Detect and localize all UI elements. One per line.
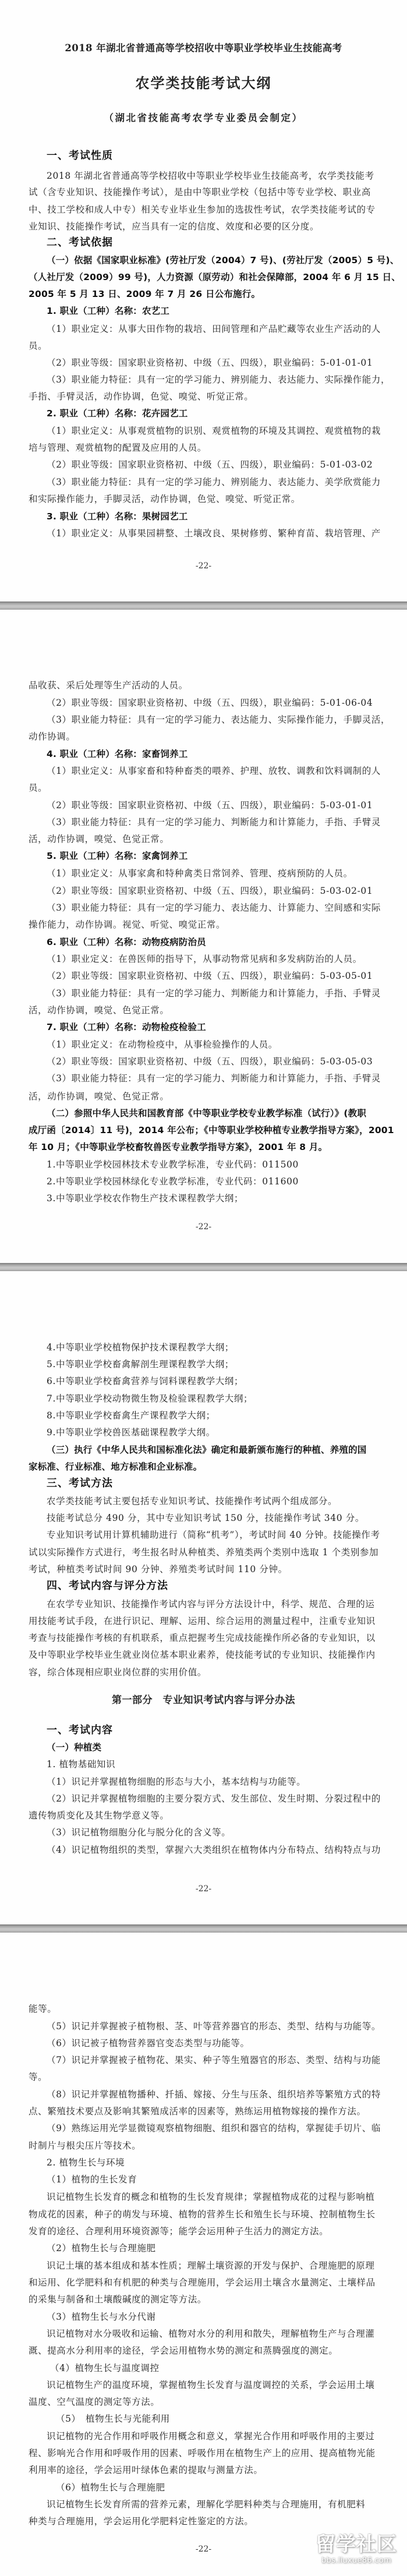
text-line: 6.中等职业学校畜禽营养与饲料课程教学大纲； (47, 1375, 243, 1387)
text-line: 动作协调。 (29, 731, 76, 742)
text-line: （7）识记并掌握被子植物花、果实、种子等生殖器官的形态、类型、结构与功能 (47, 2054, 381, 2066)
text-line: （3）职业能力特征：具有一定的学习能力、辨别能力、表达能力、实际操作能力， (47, 374, 390, 385)
text-line: 活，动作协调，嗅觉、色觉正常。 (29, 1091, 169, 1102)
text-line: 识记植物对水分吸收和运输、植物对水分的利用和散失，理解植物生产与合理灌 (47, 2328, 375, 2340)
text-line: 试（含专业知识、技能操作考试），是由中等职业学校（包括中等专业学校、职业高 (29, 186, 371, 198)
bold-text-line: （一）种植类 (47, 1742, 101, 1753)
text-line: 识记植物生产的温度环境，掌握植物生长发育与温度调控的关系，学会运用土壤 (47, 2379, 375, 2391)
section-heading: 四、考试内容与评分方法 (47, 1580, 168, 1592)
page-separator (0, 1263, 407, 1271)
text-line: （4）植物生长与温度调控 (50, 2362, 160, 2374)
text-line: 利用率的途径，学会运用叶绿体色素的提取与测量方法。 (29, 2464, 263, 2476)
text-line: （5） 植物生长与光能利用 (56, 2413, 170, 2425)
text-line: 时制片与根尖压片等技术。 (29, 2140, 141, 2152)
bold-text-line: 7. 职业（工种）名称：动物检疫检验工 (47, 1021, 206, 1033)
text-line: 手指、手臂灵活，动作协调，色觉、嗅觉、听觉正常。 (29, 391, 253, 402)
text-line: 试以实际操作方式进行，考生报名时从种植类、养殖类两个类别中选取 1 个类别参加 (29, 1547, 378, 1558)
text-line: （2）职业等级：国家职业资格初、中级（五、四级），职业编码：5-03-02-01 (47, 885, 373, 897)
bold-text-line: 4. 职业（工种）名称：家畜饲养工 (47, 748, 187, 760)
text-line: （3）职业能力特征：具有一定的学习能力、判断能力和计算能力，手指、手臂灵 (47, 988, 381, 999)
text-line: （4）识记植物组织的类型，掌握六大类组织在植物体内分布特点、结构特点与功 (47, 1844, 381, 1856)
text-line: 8.中等职业学校畜禽生产课程教学大纲； (47, 1410, 215, 1421)
text-line: 温度、空气温度的测定等方法。 (29, 2396, 160, 2408)
text-line: （1）职业定义：从事观赏植物的识别、观赏植物的环境及其调控、观赏植物的栽 (47, 425, 381, 437)
text-line: （3）职业能力特征：具有一定的学习能力、表达能力、实际操作能力，手脚灵活， (47, 714, 390, 726)
document-title-line1: 2018 年湖北省普通高等学校招收中等职业学校毕业生技能高考 (0, 43, 407, 54)
text-line: （2）职业等级：国家职业资格初、中级（五、四级），职业编码：5-03-05-03 (47, 1056, 373, 1067)
bold-text-line: 6. 职业（工种）名称：动物疫病防治员 (47, 936, 206, 948)
text-line: （3）识记植物细胞分化与脱分化的含义等。 (47, 1827, 231, 1838)
text-line: （2）职业等级：国家职业资格初、中级（五、四级），职业编码：5-01-01-01 (47, 357, 373, 369)
text-line: 专业知识考试用计算机辅助进行（简称“机考”），考试时间 40 分钟。技能操作考 (47, 1529, 380, 1541)
text-line: 发育的途径、合理利用环境资源等；能学会运用种子生活力的测定方法。 (29, 2225, 328, 2237)
text-line: 考查与技能操作考核的有机联系，重点把握考生完成技能操作所必备的专业知识，以 (29, 1632, 376, 1644)
bold-text-line: （人社厅发（2009）99 号)，人力资源（原劳动）和社会保障部，2004 年 … (29, 271, 401, 283)
text-line: 程、影响光合作用和呼吸作用的因素、呼吸作用在植物生产上的应用、提高植物光能 (29, 2447, 376, 2459)
text-line: 用技能考试手段，在进行识记、理解、运用、综合运用的测量过程中，注重专业知识 (29, 1615, 376, 1627)
watermark-url: bbs.liuxue86.com (310, 2556, 402, 2566)
text-line: 业知识、技能操作考试，应当具有一定的信度、效度和必要的区分度。 (29, 221, 319, 232)
watermark-logo: 留学社区 (310, 2533, 402, 2556)
section-heading: 一、考试内容 (47, 1725, 113, 1736)
text-line: 5.中等职业学校畜禽解剖生理课程教学大纲； (47, 1358, 234, 1370)
page-separator (0, 1924, 407, 1933)
text-line: （3）职业能力特征：具有一定的学习能力、表达能力、计算能力、空间感和实际 (47, 902, 381, 914)
text-line: （1）植物的生长发育 (47, 2174, 137, 2185)
bold-text-line: （一）依据《国家职业标准》(劳社厅发（2004）7 号)、(劳社厅发（2005）… (47, 254, 399, 266)
text-line: （1）职业定义：从事家禽和特种禽类日常饲养、管理、疫病预防的人员。 (47, 868, 353, 879)
text-line: （1）识记并掌握植物细胞的形态与大小，基本结构与功能等。 (47, 1776, 306, 1788)
page-number: -22- (0, 1221, 407, 1233)
text-line: 识记植物生长发育的概念和植物的生长发育规律；掌握植物成花的过程与影响植 (47, 2191, 375, 2203)
page-number: -22- (0, 560, 407, 572)
page-separator (0, 601, 407, 610)
text-line: 活，动作协调，嗅觉、色觉正常。 (29, 1004, 169, 1016)
text-line: （1）职业定义：从事大田作物的栽培、田间管理和产品贮藏等农业生产活动的人 (47, 323, 381, 335)
text-line: 品收获、采后处理等生产活动的人员。 (29, 680, 188, 691)
text-line: 容，综合体现相应职业岗位群的实用价值。 (29, 1666, 207, 1678)
section-heading: 第一部分 专业知识考试内容与评分办法 (0, 1694, 407, 1706)
text-line: 点、繁殖技术要点及影响其繁殖成活率的因素等，熟练运用植物嫁接的操作方法。 (29, 2106, 366, 2117)
text-line: （1）职业定义：从事家畜和特种畜类的喂养、护理、放牧、调教和饮料调制的人 (47, 765, 381, 777)
text-line: （1）职业定义：在动物检疫中，从事检验操作的人员。 (47, 1039, 278, 1050)
text-line: 遗传物质变化及其生物学意义等。 (29, 1810, 169, 1821)
text-line: （3）职业能力特征：具有一定的学习能力、辨别能力、表达能力、美学欣赏能力 (47, 476, 381, 488)
text-line: （2）识记并掌握植物细胞的主要分裂方式、发生部位、发生时期、分裂过程中的 (47, 1793, 381, 1804)
text-line: 2.中等职业学校园林绿化专业教学标准，专业代码：011600 (47, 1176, 299, 1187)
text-line: （3）植物生长与水分代谢 (47, 2311, 156, 2323)
text-line: （3）职业能力特征：具有一定的学习能力、判断能力和计算能力，手指、手臂灵 (47, 1073, 381, 1084)
watermark: 留学社区 bbs.liuxue86.com (310, 2533, 402, 2574)
text-line: （6）识记被子植物营养器官变态类型与功能等。 (47, 2037, 250, 2049)
text-line: 识记植物生长发育所需的营养元素，理解化学肥料种类与合理施用，有机肥料 (47, 2499, 365, 2510)
section-heading: 二、考试依据 (47, 237, 113, 249)
bold-text-line: 2005 年 5 月 13 日、2009 年 7 月 26 日公布施行。 (29, 288, 260, 300)
text-line: （6）植物生长与合理施肥 (56, 2482, 165, 2493)
text-line: 和实际操作能力，手脚灵活，动作协调，色觉、嗅觉、听觉正常。 (29, 493, 300, 505)
text-line: 和运用、化学肥料和有机肥的种类与合理施用，学会运用土壤含水量测定、土壤样品 (29, 2277, 376, 2288)
text-line: 1. 植物基础知识 (47, 1758, 115, 1770)
text-line: 种类与合理施用，学会运用化学肥料定性鉴定的方法。 (29, 2515, 253, 2527)
text-line: 操作能力，动作协调。视觉、听觉、嗅觉正常。 (29, 919, 225, 930)
section-heading: 一、考试性质 (47, 150, 113, 162)
text-line: （2）职业等级：国家职业资格初、中级（五、四级），职业编码：5-01-06-04 (47, 697, 373, 709)
text-line: 农学类技能考试主要包括专业知识考试、技能操作考试两个组成部分。 (47, 1495, 337, 1507)
text-line: 及中等职业学校毕业生就业岗位基本职业素养，使技能考试的专业知识、技能操作内 (29, 1649, 376, 1661)
bold-text-line: 年 10 月；《中等职业学校畜牧兽医专业教学指导方案》，2001 年 8 月。 (29, 1141, 327, 1153)
text-line: （1）职业定义：从事果园耕整、土壤改良、果树修剪、繁种育苗、栽培管理、产 (47, 528, 381, 539)
bold-text-line: 3. 职业（工种）名称：果树园艺工 (47, 511, 187, 522)
bold-text-line: 1. 职业（工种）名称：农艺工 (47, 305, 169, 317)
text-line: 识记土壤的基本组成和基本性质；理解土壤资源的开发与保护、合理施肥的原理 (47, 2260, 375, 2271)
text-line: 物成花的因素，种子的萌发与环境、植物的营养生长和殖生长与环境、控制植物生长 (29, 2209, 376, 2220)
text-line: 技能考试总分 490 分，其中专业知识考试 150 分，技能操作考试 340 分… (47, 1512, 364, 1524)
bold-text-line: （三）执行《中华人民共和国标准化法》确定和最新颁布施行的种植、养殖的国 (47, 1444, 367, 1456)
text-line: 9.中等职业学校兽医基础课程教学大纲。 (47, 1427, 215, 1438)
text-line: （1）职业定义：在兽医师的指导下，从事动物常见病和多发病防治的人员。 (47, 953, 362, 965)
text-line: （2）职业等级：国家职业资格初、中级（五、四级），职业编码：5-03-01-01 (47, 799, 373, 811)
bold-text-line: 5. 职业（工种）名称：家禽饲养工 (47, 850, 187, 862)
text-line: （5）识记并掌握被子植物根、茎、叶等营养器官的形态、类型、结构与功能等。 (47, 2021, 381, 2032)
text-line: 2018 年湖北省普通高等学校招收中等职业学校毕业生技能高考，农学类技能考 (47, 170, 374, 182)
text-line: 识记植物的光合作用和呼吸作用概念和意义，掌握光合作用和呼吸作用的主要过 (47, 2430, 375, 2442)
text-line: 7.中等职业学校动物微生物及检验课程教学大纲； (47, 1393, 253, 1404)
text-line: 等。 (29, 2071, 47, 2083)
text-line: （9）熟练运用光学显微镜观察植物细胞、组织和器官的结构，掌握徒手切片、临 (47, 2122, 381, 2134)
text-line: 1.中等职业学校园林技术专业教学标准，专业代码：011500 (47, 1159, 299, 1170)
document-title: 农学类技能考试大纲 (0, 75, 407, 92)
text-line: 3.中等职业学校农作物生产技术课程教学大纲； (47, 1193, 243, 1204)
text-line: 在农学专业知识、技能操作考试内容与评分方法设计中，科学、规范、合理的运 (47, 1598, 375, 1610)
bold-text-line: 成厅函〔2014〕11 号)，2014 年公布；《中等职业学校种植专业教学指导方… (29, 1124, 394, 1136)
bold-text-line: 2. 职业（工种）名称：花卉园艺工 (47, 408, 187, 419)
text-line: 中、技工学校和成人中专）相关专业毕业生参加的选拔性考试，农学类技能考试的专 (29, 204, 376, 215)
text-line: （2）职业等级：国家职业资格初、中级（五、四级），职业编码：5-03-05-01 (47, 970, 373, 982)
bold-text-line: 家标准、行业标准、地方标准和企业标准。 (29, 1461, 202, 1473)
text-line: 能等。 (29, 2003, 56, 2015)
text-line: （2）植物生长与合理施肥 (47, 2242, 156, 2254)
text-line: 活，动作协调，嗅觉、色觉正常。 (29, 833, 169, 845)
text-line: 4.中等职业学校植物保护技术课程教学大纲； (47, 1342, 234, 1353)
text-line: 培与管理、观赏植物的配置及应用的人员。 (29, 442, 207, 454)
page-number: -22- (0, 1883, 407, 1895)
text-line: 员。 (29, 782, 47, 794)
text-line: 的采集与制备和土壤酸碱度的测定等方法。 (29, 2294, 207, 2305)
text-line: 员。 (29, 340, 47, 352)
text-line: （2）职业等级：国家职业资格初、中级（五、四级），职业编码：5-01-03-02 (47, 459, 373, 470)
text-line: （3）职业能力特征：具有一定的学习能力、判断能力和计算能力，手指、手臂灵 (47, 816, 381, 828)
document-subtitle: （湖北省技能高考农学专业委员会制定） (0, 112, 407, 124)
bold-text-line: （二）参照中华人民共和国教育部《中等职业学校专业教学标准（试行）》(教职 (47, 1107, 366, 1119)
text-line: 考试，种植类考试时间 90 分钟、养殖类考试时间 110 分钟。 (29, 1563, 288, 1575)
section-heading: 三、考试方法 (47, 1478, 113, 1489)
text-line: （8）识记并掌握植物播种、扦插、嫁接、分生与压条、组织培养等繁殖方式的特 (47, 2089, 381, 2100)
text-line: 2. 植物生长与环境 (47, 2157, 125, 2168)
text-line: 溉、提高水分利用率的途径，学会运用植物水势的测定和蒸腾强度的测定。 (29, 2345, 338, 2356)
